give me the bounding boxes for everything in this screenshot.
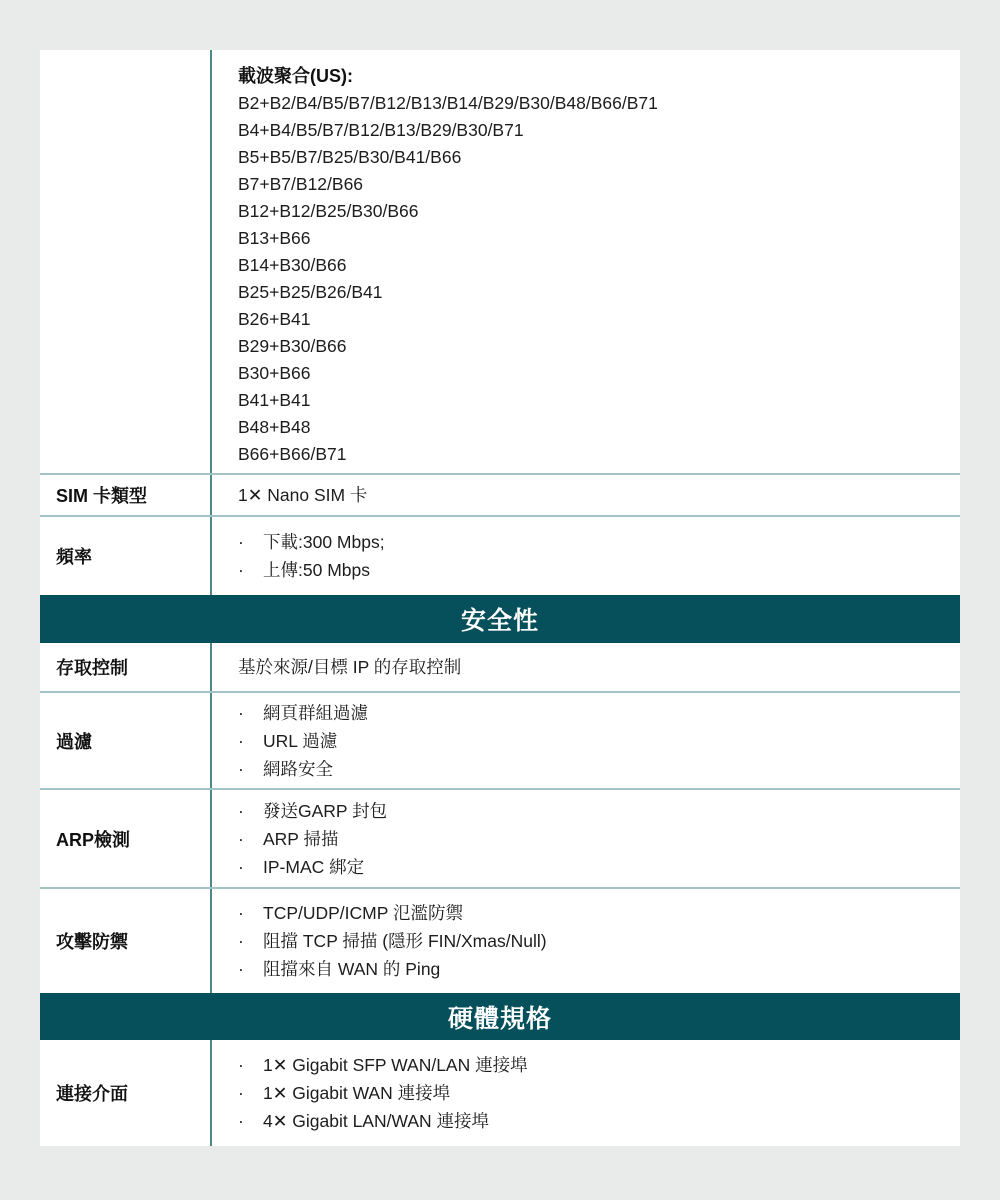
bullet-text: 網頁群組過濾 xyxy=(263,699,368,727)
bullet-dot: · xyxy=(238,797,263,825)
value-line: B7+B7/B12/B66 xyxy=(238,171,960,198)
section-header-band-hardware: 硬體規格 xyxy=(40,993,960,1040)
value-line: 基於來源/目標 IP 的存取控制 xyxy=(238,654,960,681)
bullet-text: 4✕ Gigabit LAN/WAN 連接埠 xyxy=(263,1107,489,1135)
background: { "colors": { "page_background": "#e9eae… xyxy=(0,0,1000,1200)
bullet-item: ·發送GARP 封包 xyxy=(238,797,960,825)
spec-label-arp: ARP檢測 xyxy=(40,790,212,887)
value-line: B26+B41 xyxy=(238,306,960,333)
spec-label-sim: SIM 卡類型 xyxy=(40,475,212,515)
spec-label-filter: 過濾 xyxy=(40,693,212,788)
bullet-dot: · xyxy=(238,699,263,727)
bullet-text: TCP/UDP/ICMP 氾濫防禦 xyxy=(263,899,463,927)
spec-row-sim: SIM 卡類型1✕ Nano SIM 卡 xyxy=(40,475,960,517)
value-line: B13+B66 xyxy=(238,225,960,252)
bullet-dot: · xyxy=(238,1051,263,1079)
spec-value-attack: ·TCP/UDP/ICMP 氾濫防禦·阻擋 TCP 掃描 (隱形 FIN/Xma… xyxy=(212,889,960,993)
spec-row-freq: 頻率·下載:300 Mbps;·上傳:50 Mbps xyxy=(40,517,960,595)
bullet-item: ·上傳:50 Mbps xyxy=(238,556,960,584)
value-line: B5+B5/B7/B25/B30/B41/B66 xyxy=(238,144,960,171)
value-line: B41+B41 xyxy=(238,387,960,414)
spec-value-carrier: 載波聚合(US):B2+B2/B4/B5/B7/B12/B13/B14/B29/… xyxy=(212,50,960,473)
spec-label-attack: 攻擊防禦 xyxy=(40,889,212,993)
value-line: B14+B30/B66 xyxy=(238,252,960,279)
value-line: B66+B66/B71 xyxy=(238,441,960,468)
bullet-item: ·IP-MAC 綁定 xyxy=(238,853,960,881)
spec-row-attack: 攻擊防禦·TCP/UDP/ICMP 氾濫防禦·阻擋 TCP 掃描 (隱形 FIN… xyxy=(40,889,960,993)
value-line: 1✕ Nano SIM 卡 xyxy=(238,482,960,509)
value-line: B48+B48 xyxy=(238,414,960,441)
bullet-dot: · xyxy=(238,528,263,556)
bullet-dot: · xyxy=(238,927,263,955)
bullet-text: 阻擋來自 WAN 的 Ping xyxy=(263,955,440,983)
bullet-text: URL 過濾 xyxy=(263,727,337,755)
bullet-text: IP-MAC 綁定 xyxy=(263,853,364,881)
spec-label-freq: 頻率 xyxy=(40,517,212,595)
spec-value-filter: ·網頁群組過濾·URL 過濾·網路安全 xyxy=(212,693,960,788)
bullet-text: 發送GARP 封包 xyxy=(263,797,387,825)
value-line: B30+B66 xyxy=(238,360,960,387)
bullet-item: ·TCP/UDP/ICMP 氾濫防禦 xyxy=(238,899,960,927)
spec-value-sim: 1✕ Nano SIM 卡 xyxy=(212,475,960,515)
bullet-dot: · xyxy=(238,853,263,881)
bullet-dot: · xyxy=(238,825,263,853)
section-header-band-security: 安全性 xyxy=(40,595,960,643)
spec-row-carrier: 載波聚合(US):B2+B2/B4/B5/B7/B12/B13/B14/B29/… xyxy=(40,50,960,475)
bullet-text: 網路安全 xyxy=(263,755,333,783)
value-title: 載波聚合(US): xyxy=(238,62,960,90)
section-title: 硬體規格 xyxy=(448,999,552,1035)
bullet-item: ·阻擋 TCP 掃描 (隱形 FIN/Xmas/Null) xyxy=(238,927,960,955)
bullet-item: ·網路安全 xyxy=(238,755,960,783)
bullet-dot: · xyxy=(238,1079,263,1107)
spec-row-access: 存取控制基於來源/目標 IP 的存取控制 xyxy=(40,643,960,693)
bullet-dot: · xyxy=(238,955,263,983)
bullet-item: ·下載:300 Mbps; xyxy=(238,528,960,556)
spec-panel: 載波聚合(US):B2+B2/B4/B5/B7/B12/B13/B14/B29/… xyxy=(40,50,960,1146)
spec-label-access: 存取控制 xyxy=(40,643,212,691)
bullet-text: 上傳:50 Mbps xyxy=(263,556,370,584)
bullet-dot: · xyxy=(238,755,263,783)
bullet-item: ·ARP 掃描 xyxy=(238,825,960,853)
spec-value-arp: ·發送GARP 封包·ARP 掃描·IP-MAC 綁定 xyxy=(212,790,960,887)
bullet-text: 阻擋 TCP 掃描 (隱形 FIN/Xmas/Null) xyxy=(263,927,547,955)
bullet-item: ·阻擋來自 WAN 的 Ping xyxy=(238,955,960,983)
spec-value-ports: ·1✕ Gigabit SFP WAN/LAN 連接埠·1✕ Gigabit W… xyxy=(212,1040,960,1146)
bullet-item: ·4✕ Gigabit LAN/WAN 連接埠 xyxy=(238,1107,960,1135)
bullet-text: 下載:300 Mbps; xyxy=(263,528,385,556)
bullet-dot: · xyxy=(238,556,263,584)
spec-row-arp: ARP檢測·發送GARP 封包·ARP 掃描·IP-MAC 綁定 xyxy=(40,790,960,889)
spec-row-filter: 過濾·網頁群組過濾·URL 過濾·網路安全 xyxy=(40,693,960,790)
value-line: B4+B4/B5/B7/B12/B13/B29/B30/B71 xyxy=(238,117,960,144)
spec-value-access: 基於來源/目標 IP 的存取控制 xyxy=(212,643,960,691)
spec-label-carrier xyxy=(40,50,212,473)
spec-value-freq: ·下載:300 Mbps;·上傳:50 Mbps xyxy=(212,517,960,595)
bullet-item: ·1✕ Gigabit SFP WAN/LAN 連接埠 xyxy=(238,1051,960,1079)
bullet-item: ·1✕ Gigabit WAN 連接埠 xyxy=(238,1079,960,1107)
bullet-text: 1✕ Gigabit WAN 連接埠 xyxy=(263,1079,450,1107)
value-line: B2+B2/B4/B5/B7/B12/B13/B14/B29/B30/B48/B… xyxy=(238,90,960,117)
bullet-text: 1✕ Gigabit SFP WAN/LAN 連接埠 xyxy=(263,1051,528,1079)
spec-label-ports: 連接介面 xyxy=(40,1040,212,1146)
value-line: B12+B12/B25/B30/B66 xyxy=(238,198,960,225)
bullet-dot: · xyxy=(238,1107,263,1135)
bullet-item: ·網頁群組過濾 xyxy=(238,699,960,727)
bullet-item: ·URL 過濾 xyxy=(238,727,960,755)
bullet-dot: · xyxy=(238,727,263,755)
bullet-text: ARP 掃描 xyxy=(263,825,339,853)
value-line: B29+B30/B66 xyxy=(238,333,960,360)
bullet-dot: · xyxy=(238,899,263,927)
spec-row-ports: 連接介面·1✕ Gigabit SFP WAN/LAN 連接埠·1✕ Gigab… xyxy=(40,1040,960,1146)
value-line: B25+B25/B26/B41 xyxy=(238,279,960,306)
section-title: 安全性 xyxy=(461,601,539,637)
